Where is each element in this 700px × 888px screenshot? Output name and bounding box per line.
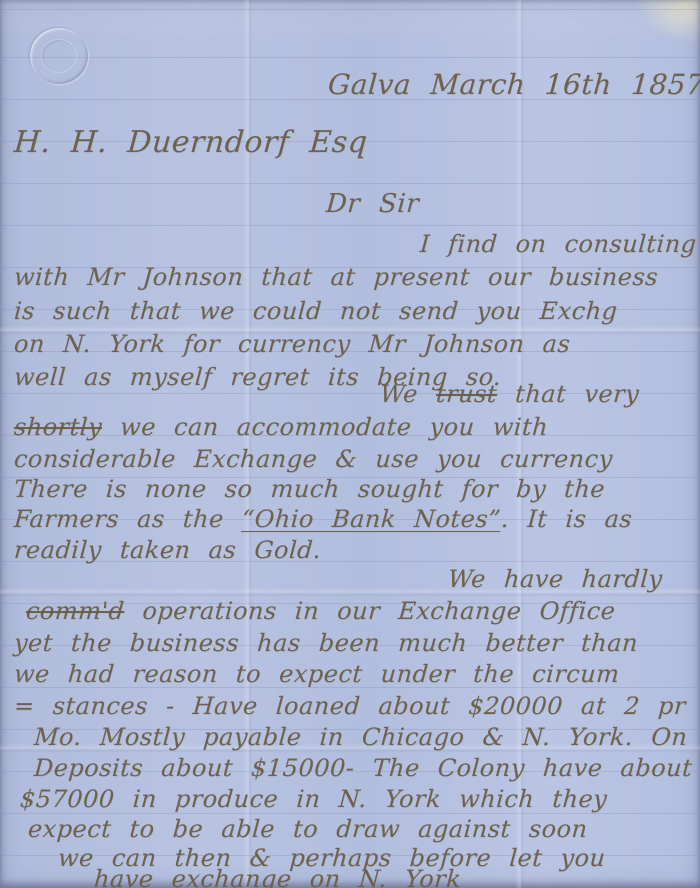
letter-line: Farmers as the “Ohio Bank Notes”. It is …	[13, 506, 633, 532]
letter-text: considerable Exchange & use you currency	[13, 445, 614, 473]
letter-line: There is none so much sought for by the	[13, 476, 606, 502]
letter-line: readily taken as Gold.	[13, 537, 322, 563]
letter-line: I find on consulting	[419, 231, 697, 257]
letter-line: have exchange on N. York	[93, 866, 462, 888]
letter-text: have exchange on N. York	[93, 865, 462, 888]
letter-line: shortly we can accommodate you with	[13, 414, 549, 440]
embossed-seal-inner-ring	[41, 39, 77, 73]
letter-line: considerable Exchange & use you currency	[13, 446, 614, 472]
letter-line: on N. York for currency Mr Johnson as	[13, 331, 571, 357]
salutation: Dr Sir	[325, 190, 420, 219]
letter-text: is such that we could not send you Exchg	[13, 297, 619, 325]
letter-line: yet the business has been much better th…	[13, 630, 639, 656]
letter-text: that very	[496, 380, 640, 408]
letter-text: H. H. Duerndorf Esq	[13, 125, 369, 160]
letter-text: we had reason to expect under the circum	[13, 660, 620, 688]
letter-text: on N. York for currency Mr Johnson as	[13, 330, 571, 358]
letter-text: yet the business has been much better th…	[13, 629, 639, 657]
letter-text: Galva March 16th 1857.	[327, 68, 700, 101]
letter-line: with Mr Johnson that at present our busi…	[13, 264, 659, 290]
letter-line: We trust that very	[379, 381, 640, 407]
letter-text: readily taken as Gold.	[13, 536, 322, 564]
letter-text: Deposits about $15000- The Colony have a…	[33, 754, 693, 782]
dateline: Galva March 16th 1857.	[327, 70, 700, 101]
letter-line: expect to be able to draw against soon	[27, 816, 588, 842]
letter-word-strike: shortly	[13, 413, 103, 441]
letter-scan-page: Galva March 16th 1857.H. H. Duerndorf Es…	[0, 0, 700, 888]
letter-text: We	[379, 380, 437, 408]
letter-text: Farmers as the	[13, 505, 243, 533]
letter-text: with Mr Johnson that at present our busi…	[13, 263, 659, 291]
letter-line: We have hardly	[447, 566, 663, 592]
letter-line: Deposits about $15000- The Colony have a…	[33, 755, 693, 781]
letter-text: operations in our Exchange Office	[123, 597, 616, 625]
letter-line: $57000 in produce in N. York which they	[19, 786, 608, 812]
letter-text: we can accommodate you with	[101, 413, 549, 441]
letter-text: Mo. Mostly payable in Chicago & N. York.…	[33, 723, 688, 751]
letter-text: I find on consulting	[419, 230, 698, 258]
letter-line: is such that we could not send you Exchg	[13, 298, 618, 324]
addressee: H. H. Duerndorf Esq	[13, 126, 369, 159]
letter-line: comm'd operations in our Exchange Office	[25, 598, 616, 624]
letter-text: expect to be able to draw against soon	[27, 815, 588, 843]
letter-word-strike: comm'd	[25, 597, 125, 625]
letter-text: There is none so much sought for by the	[13, 475, 606, 503]
letter-text: We have hardly	[447, 565, 664, 593]
letter-word-underline: “Ohio Bank Notes”	[241, 505, 502, 533]
letter-line: = stances - Have loaned about $20000 at …	[13, 693, 687, 719]
letter-word-strike: trust	[435, 380, 498, 408]
letter-line: Mo. Mostly payable in Chicago & N. York.…	[33, 724, 688, 750]
embossed-seal-icon	[30, 28, 88, 84]
letter-text: . It is as	[500, 505, 633, 533]
letter-text: Dr Sir	[325, 189, 420, 219]
letter-text: = stances - Have loaned about $20000 at …	[13, 692, 687, 720]
letter-text: $57000 in produce in N. York which they	[19, 785, 608, 813]
letter-line: we had reason to expect under the circum	[13, 661, 620, 687]
